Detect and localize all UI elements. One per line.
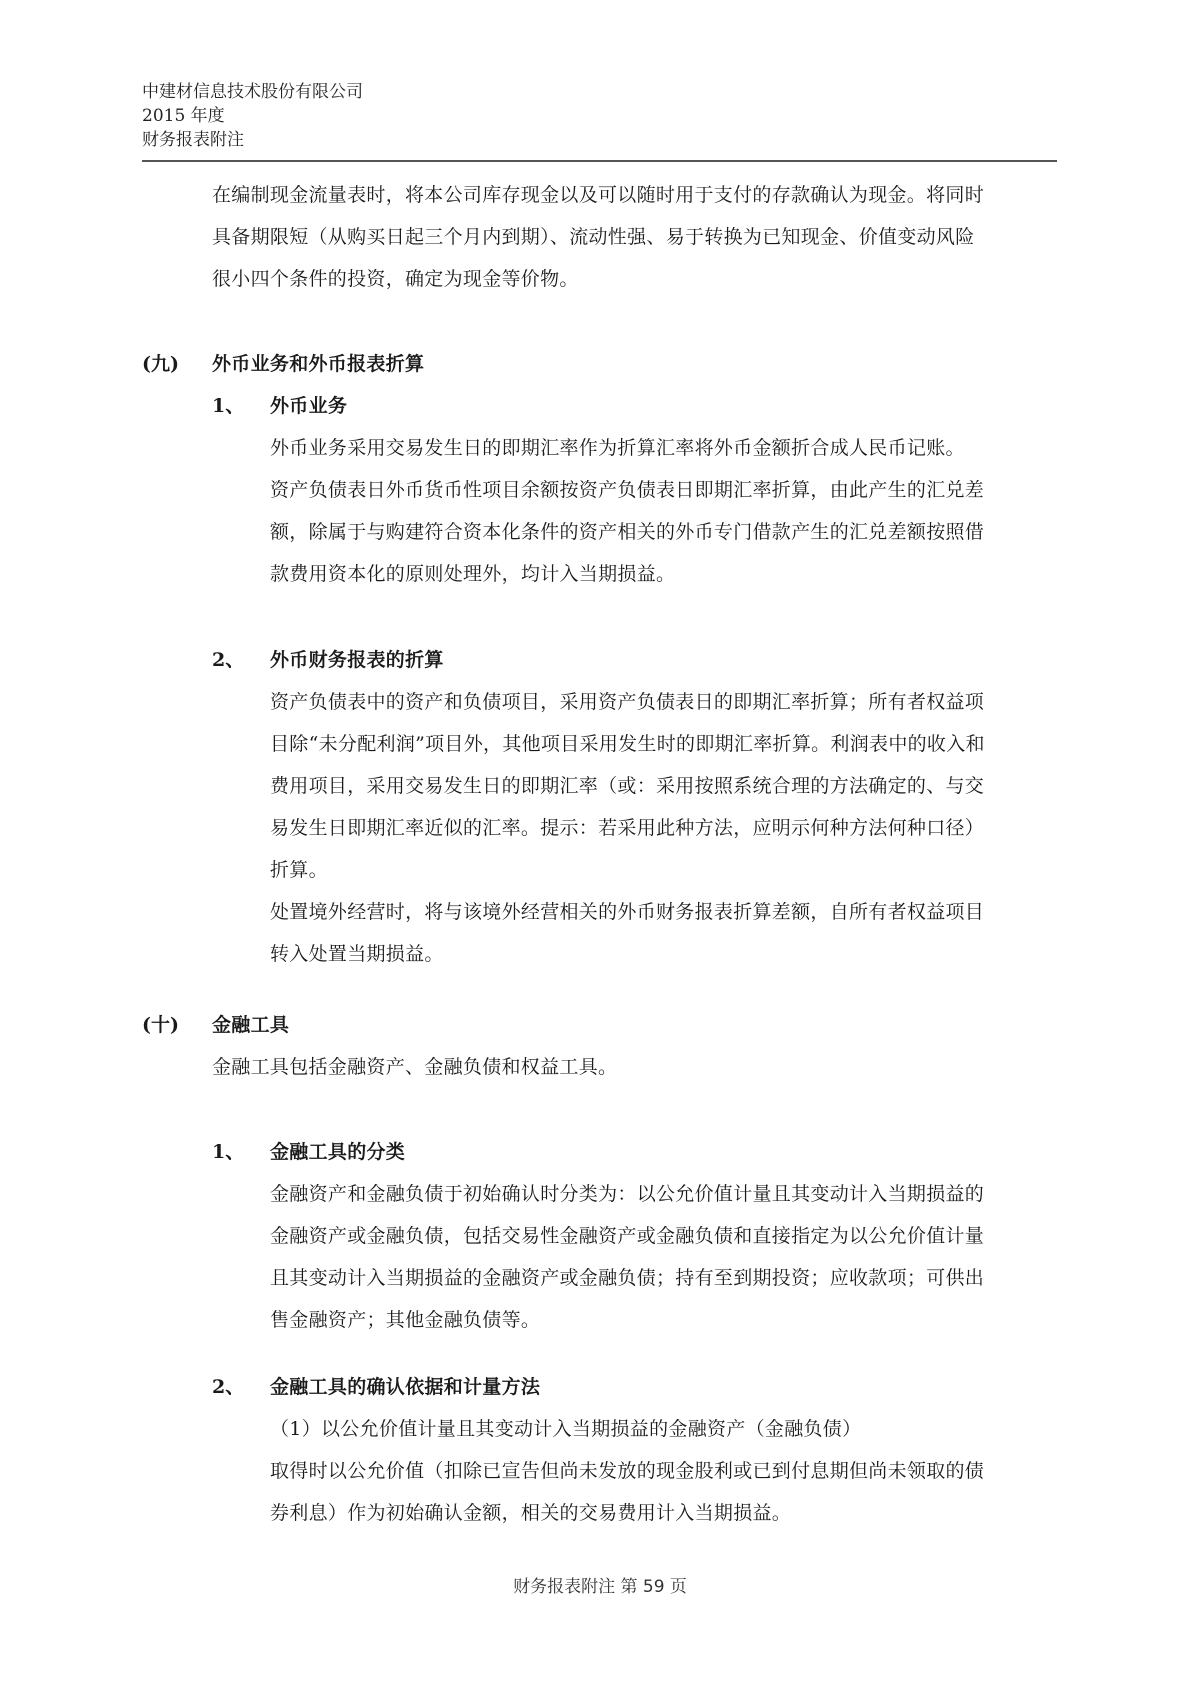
subsection-heading: 金融工具的确认依据和计量方法 (270, 1372, 540, 1399)
paragraph-line: 费用项目，采用交易发生日的即期汇率（或：采用按照系统合理的方法确定的、与交 (270, 771, 984, 798)
header-divider (142, 160, 1057, 162)
report-year: 2015 年度 (142, 104, 363, 128)
paragraph-line: 款费用资本化的原则处理外，均计入当期损益。 (270, 559, 675, 586)
subsection-heading: 外币财务报表的折算 (270, 645, 444, 672)
company-name: 中建材信息技术股份有限公司 (142, 80, 363, 104)
subsection-number: 1、 (212, 391, 244, 418)
paragraph-line: 额，除属于与购建符合资本化条件的资产相关的外币专门借款产生的汇兑差额按照借 (270, 517, 984, 544)
paragraph-line: 券利息）作为初始确认金额，相关的交易费用计入当期损益。 (270, 1498, 791, 1525)
subsection-number: 1、 (212, 1137, 244, 1164)
paragraph-line: 金融资产和金融负债于初始确认时分类为：以公允价值计量且其变动计入当期损益的 (270, 1179, 984, 1206)
subsection-heading: 外币业务 (270, 391, 347, 418)
paragraph-line: 很小四个条件的投资，确定为现金等价物。 (212, 264, 579, 291)
paragraph-line: 取得时以公允价值（扣除已宣告但尚未发放的现金股利或已到付息期但尚未领取的债 (270, 1456, 984, 1483)
section-heading: 外币业务和外币报表折算 (212, 349, 424, 376)
subsection-heading: 金融工具的分类 (270, 1137, 405, 1164)
section-number: (九) (142, 349, 179, 376)
paragraph-line: 金融工具包括金融资产、金融负债和权益工具。 (212, 1052, 617, 1079)
paragraph-line: 目除“未分配利润”项目外，其他项目采用发生时的即期汇率折算。利润表中的收入和 (270, 729, 985, 756)
subsection-number: 2、 (212, 645, 244, 672)
section-number: (十) (142, 1010, 179, 1037)
document-title: 财务报表附注 (142, 128, 363, 152)
page-header: 中建材信息技术股份有限公司 2015 年度 财务报表附注 (142, 80, 363, 152)
subsection-number: 2、 (212, 1372, 244, 1399)
paragraph-line: 在编制现金流量表时，将本公司库存现金以及可以随时用于支付的存款确认为现金。将同时 (212, 180, 984, 207)
paragraph-line: 售金融资产；其他金融负债等。 (270, 1305, 540, 1332)
item-heading: （1）以公允价值计量且其变动计入当期损益的金融资产（金融负债） (270, 1414, 861, 1441)
paragraph-line: 转入处置当期损益。 (270, 939, 444, 966)
paragraph-line: 处置境外经营时，将与该境外经营相关的外币财务报表折算差额，自所有者权益项目 (270, 897, 984, 924)
paragraph-line: 金融资产或金融负债，包括交易性金融资产或金融负债和直接指定为以公允价值计量 (270, 1221, 984, 1248)
section-heading: 金融工具 (212, 1010, 289, 1037)
paragraph-line: 外币业务采用交易发生日的即期汇率作为折算汇率将外币金额折合成人民币记账。 (270, 433, 965, 460)
paragraph-line: 资产负债表日外币货币性项目余额按资产负债表日即期汇率折算，由此产生的汇兑差 (270, 475, 984, 502)
paragraph-line: 易发生日即期汇率近似的汇率。提示：若采用此种方法，应明示何种方法何种口径） (270, 813, 984, 840)
paragraph-line: 折算。 (270, 855, 328, 882)
paragraph-line: 且其变动计入当期损益的金融资产或金融负债；持有至到期投资；应收款项；可供出 (270, 1263, 984, 1290)
paragraph-line: 资产负债表中的资产和负债项目，采用资产负债表日的即期汇率折算；所有者权益项 (270, 687, 984, 714)
paragraph-line: 具备期限短（从购买日起三个月内到期）、流动性强、易于转换为已知现金、价值变动风险 (212, 222, 975, 249)
page-footer: 财务报表附注 第 59 页 (0, 1572, 1200, 1597)
